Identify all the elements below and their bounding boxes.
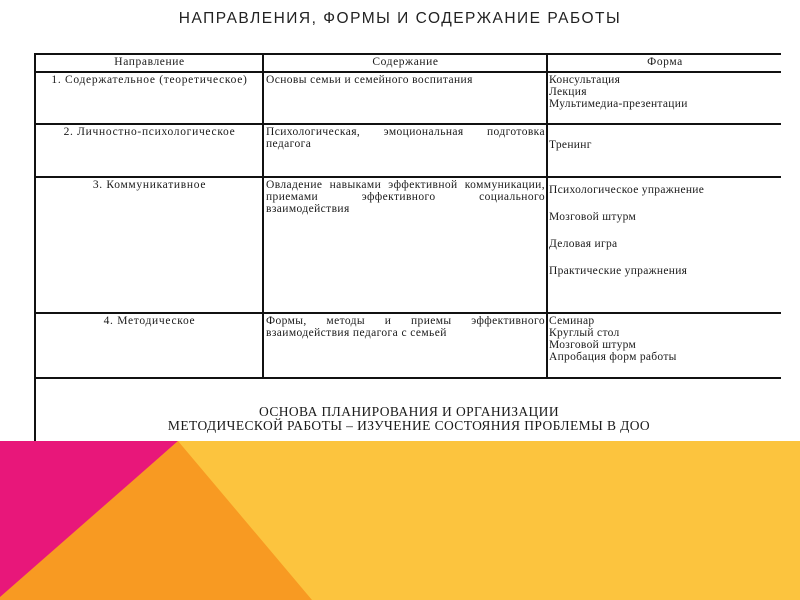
header-content: Содержание bbox=[263, 54, 547, 72]
slide-title: НАПРАВЛЕНИЯ, ФОРМЫ И СОДЕРЖАНИЕ РАБОТЫ bbox=[0, 10, 800, 28]
form-item: Мозговой штурм bbox=[549, 211, 780, 223]
form-item: Семинар bbox=[549, 315, 780, 327]
table-row: 1. Содержательное (теоретическое) Основы… bbox=[35, 72, 781, 124]
direction-cell: 3. Коммуникативное bbox=[35, 177, 263, 313]
content-cell: Основы семьи и семейного воспитания bbox=[263, 72, 547, 124]
form-item: Лекция bbox=[549, 86, 780, 98]
directions-table: Направление Содержание Форма 1. Содержат… bbox=[34, 53, 781, 451]
form-item: Практические упражнения bbox=[549, 265, 780, 277]
footer-cell: ОСНОВА ПЛАНИРОВАНИЯ И ОРГАНИЗАЦИИ МЕТОДИ… bbox=[35, 378, 781, 450]
header-form: Форма bbox=[547, 54, 781, 72]
direction-cell: 2. Личностно-психологическое bbox=[35, 124, 263, 177]
form-item: Круглый стол bbox=[549, 327, 780, 339]
direction-cell: 1. Содержательное (теоретическое) bbox=[35, 72, 263, 124]
content-cell: Овладение навыками эффективной коммуника… bbox=[263, 177, 547, 313]
table-row: 2. Личностно-психологическое Психологиче… bbox=[35, 124, 781, 177]
form-cell: Семинар Круглый стол Мозговой штурм Апро… bbox=[547, 313, 781, 378]
form-item: Мультимедиа-презентации bbox=[549, 98, 780, 110]
form-cell: Консультация Лекция Мультимедиа-презента… bbox=[547, 72, 781, 124]
form-item: Психологическое упражнение bbox=[549, 184, 780, 196]
header-direction: Направление bbox=[35, 54, 263, 72]
form-item: Апробация форм работы bbox=[549, 351, 780, 363]
direction-cell: 4. Методическое bbox=[35, 313, 263, 378]
content-cell: Формы, методы и приемы эффективного взаи… bbox=[263, 313, 547, 378]
form-cell: Тренинг bbox=[547, 124, 781, 177]
footer-line-2: МЕТОДИЧЕСКОЙ РАБОТЫ – ИЗУЧЕНИЕ СОСТОЯНИЯ… bbox=[38, 419, 780, 433]
table-footer-row: ОСНОВА ПЛАНИРОВАНИЯ И ОРГАНИЗАЦИИ МЕТОДИ… bbox=[35, 378, 781, 450]
form-item: Консультация bbox=[549, 74, 780, 86]
footer-line-1: ОСНОВА ПЛАНИРОВАНИЯ И ОРГАНИЗАЦИИ bbox=[38, 405, 780, 419]
table-row: 4. Методическое Формы, методы и приемы э… bbox=[35, 313, 781, 378]
table-row: 3. Коммуникативное Овладение навыками эф… bbox=[35, 177, 781, 313]
table-header-row: Направление Содержание Форма bbox=[35, 54, 781, 72]
form-item: Тренинг bbox=[549, 139, 780, 151]
form-cell: Психологическое упражнение Мозговой штур… bbox=[547, 177, 781, 313]
form-item: Деловая игра bbox=[549, 238, 780, 250]
decorative-triangles bbox=[0, 441, 800, 600]
form-item: Мозговой штурм bbox=[549, 339, 780, 351]
content-cell: Психологическая, эмоциональная подготовк… bbox=[263, 124, 547, 177]
